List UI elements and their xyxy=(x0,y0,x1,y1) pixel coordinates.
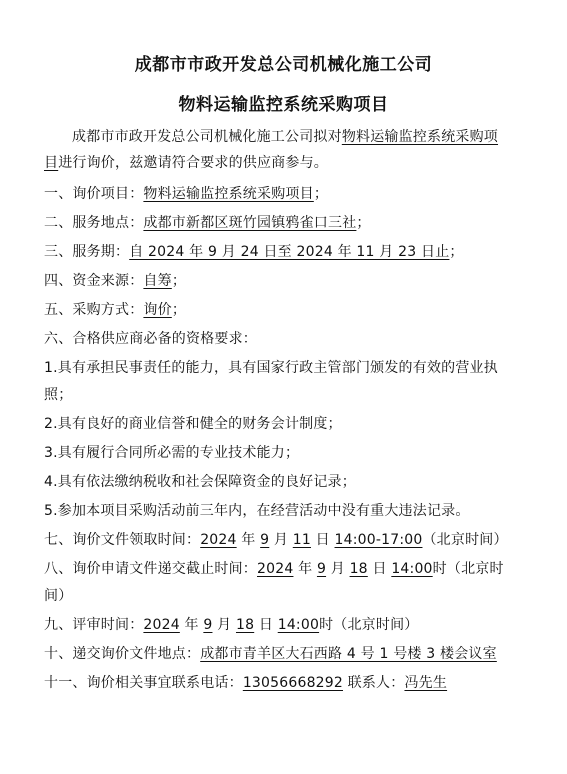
item-supplier-requirements-heading: 六、合格供应商必备的资格要求： xyxy=(44,329,257,349)
requirement-3: 3.具有履行合同所必需的专业技术能力； xyxy=(44,443,299,463)
contact-phone: 13056668292 xyxy=(243,675,343,691)
intro-paragraph-line1: 成都市市政开发总公司机械化施工公司拟对物料运输监控系统采购项 xyxy=(72,127,498,147)
schedule-document-pickup: 七、询价文件领取时间：2024 年 9 月 11 日 14:00-17:00（北… xyxy=(44,530,508,550)
item-service-period: 三、服务期：自 2024 年 9 月 24 日至 2024 年 11 月 23 … xyxy=(44,242,464,262)
item-service-location: 二、服务地点：成都市新都区斑竹园镇鸦雀口三社； xyxy=(44,213,371,233)
document-title-project: 物料运输监控系统采购项目 xyxy=(0,90,567,115)
requirement-5: 5.参加本项目采购活动前三年内，在经营活动中没有重大违法记录。 xyxy=(44,501,470,521)
item-funding-source: 四、资金来源：自筹； xyxy=(44,271,186,291)
requirement-2: 2.具有良好的商业信誉和健全的财务会计制度； xyxy=(44,414,342,434)
requirement-1-cont: 照； xyxy=(44,385,72,405)
schedule-submission-location: 十、递交询价文件地点：成都市青羊区大石西路 4 号 1 号楼 3 楼会议室 xyxy=(44,644,497,664)
item-inquiry-project: 一、询价项目：物料运输监控系统采购项目； xyxy=(44,184,328,204)
schedule-submission-deadline-cont: 间） xyxy=(44,586,72,606)
requirement-1: 1.具有承担民事责任的能力，具有国家行政主管部门颁发的有效的营业执 xyxy=(44,358,498,378)
document-title-company: 成都市市政开发总公司机械化施工公司 xyxy=(0,50,567,75)
requirement-4: 4.具有依法缴纳税收和社会保障资金的良好记录； xyxy=(44,472,356,492)
item-procurement-method: 五、采购方式：询价； xyxy=(44,300,186,320)
project-name-link: 物料运输监控系统采购项 xyxy=(342,129,498,145)
schedule-submission-deadline: 八、询价申请文件递交截止时间：2024 年 9 月 18 日 14:00时（北京… xyxy=(44,559,504,579)
schedule-contact: 十一、询价相关事宜联系电话：13056668292 联系人：冯先生 xyxy=(44,673,447,693)
intro-paragraph-line2: 目进行询价，兹邀请符合要求的供应商参与。 xyxy=(44,153,328,173)
contact-person: 冯先生 xyxy=(404,675,447,691)
schedule-review-time: 九、评审时间：2024 年 9 月 18 日 14:00时（北京时间） xyxy=(44,615,418,635)
